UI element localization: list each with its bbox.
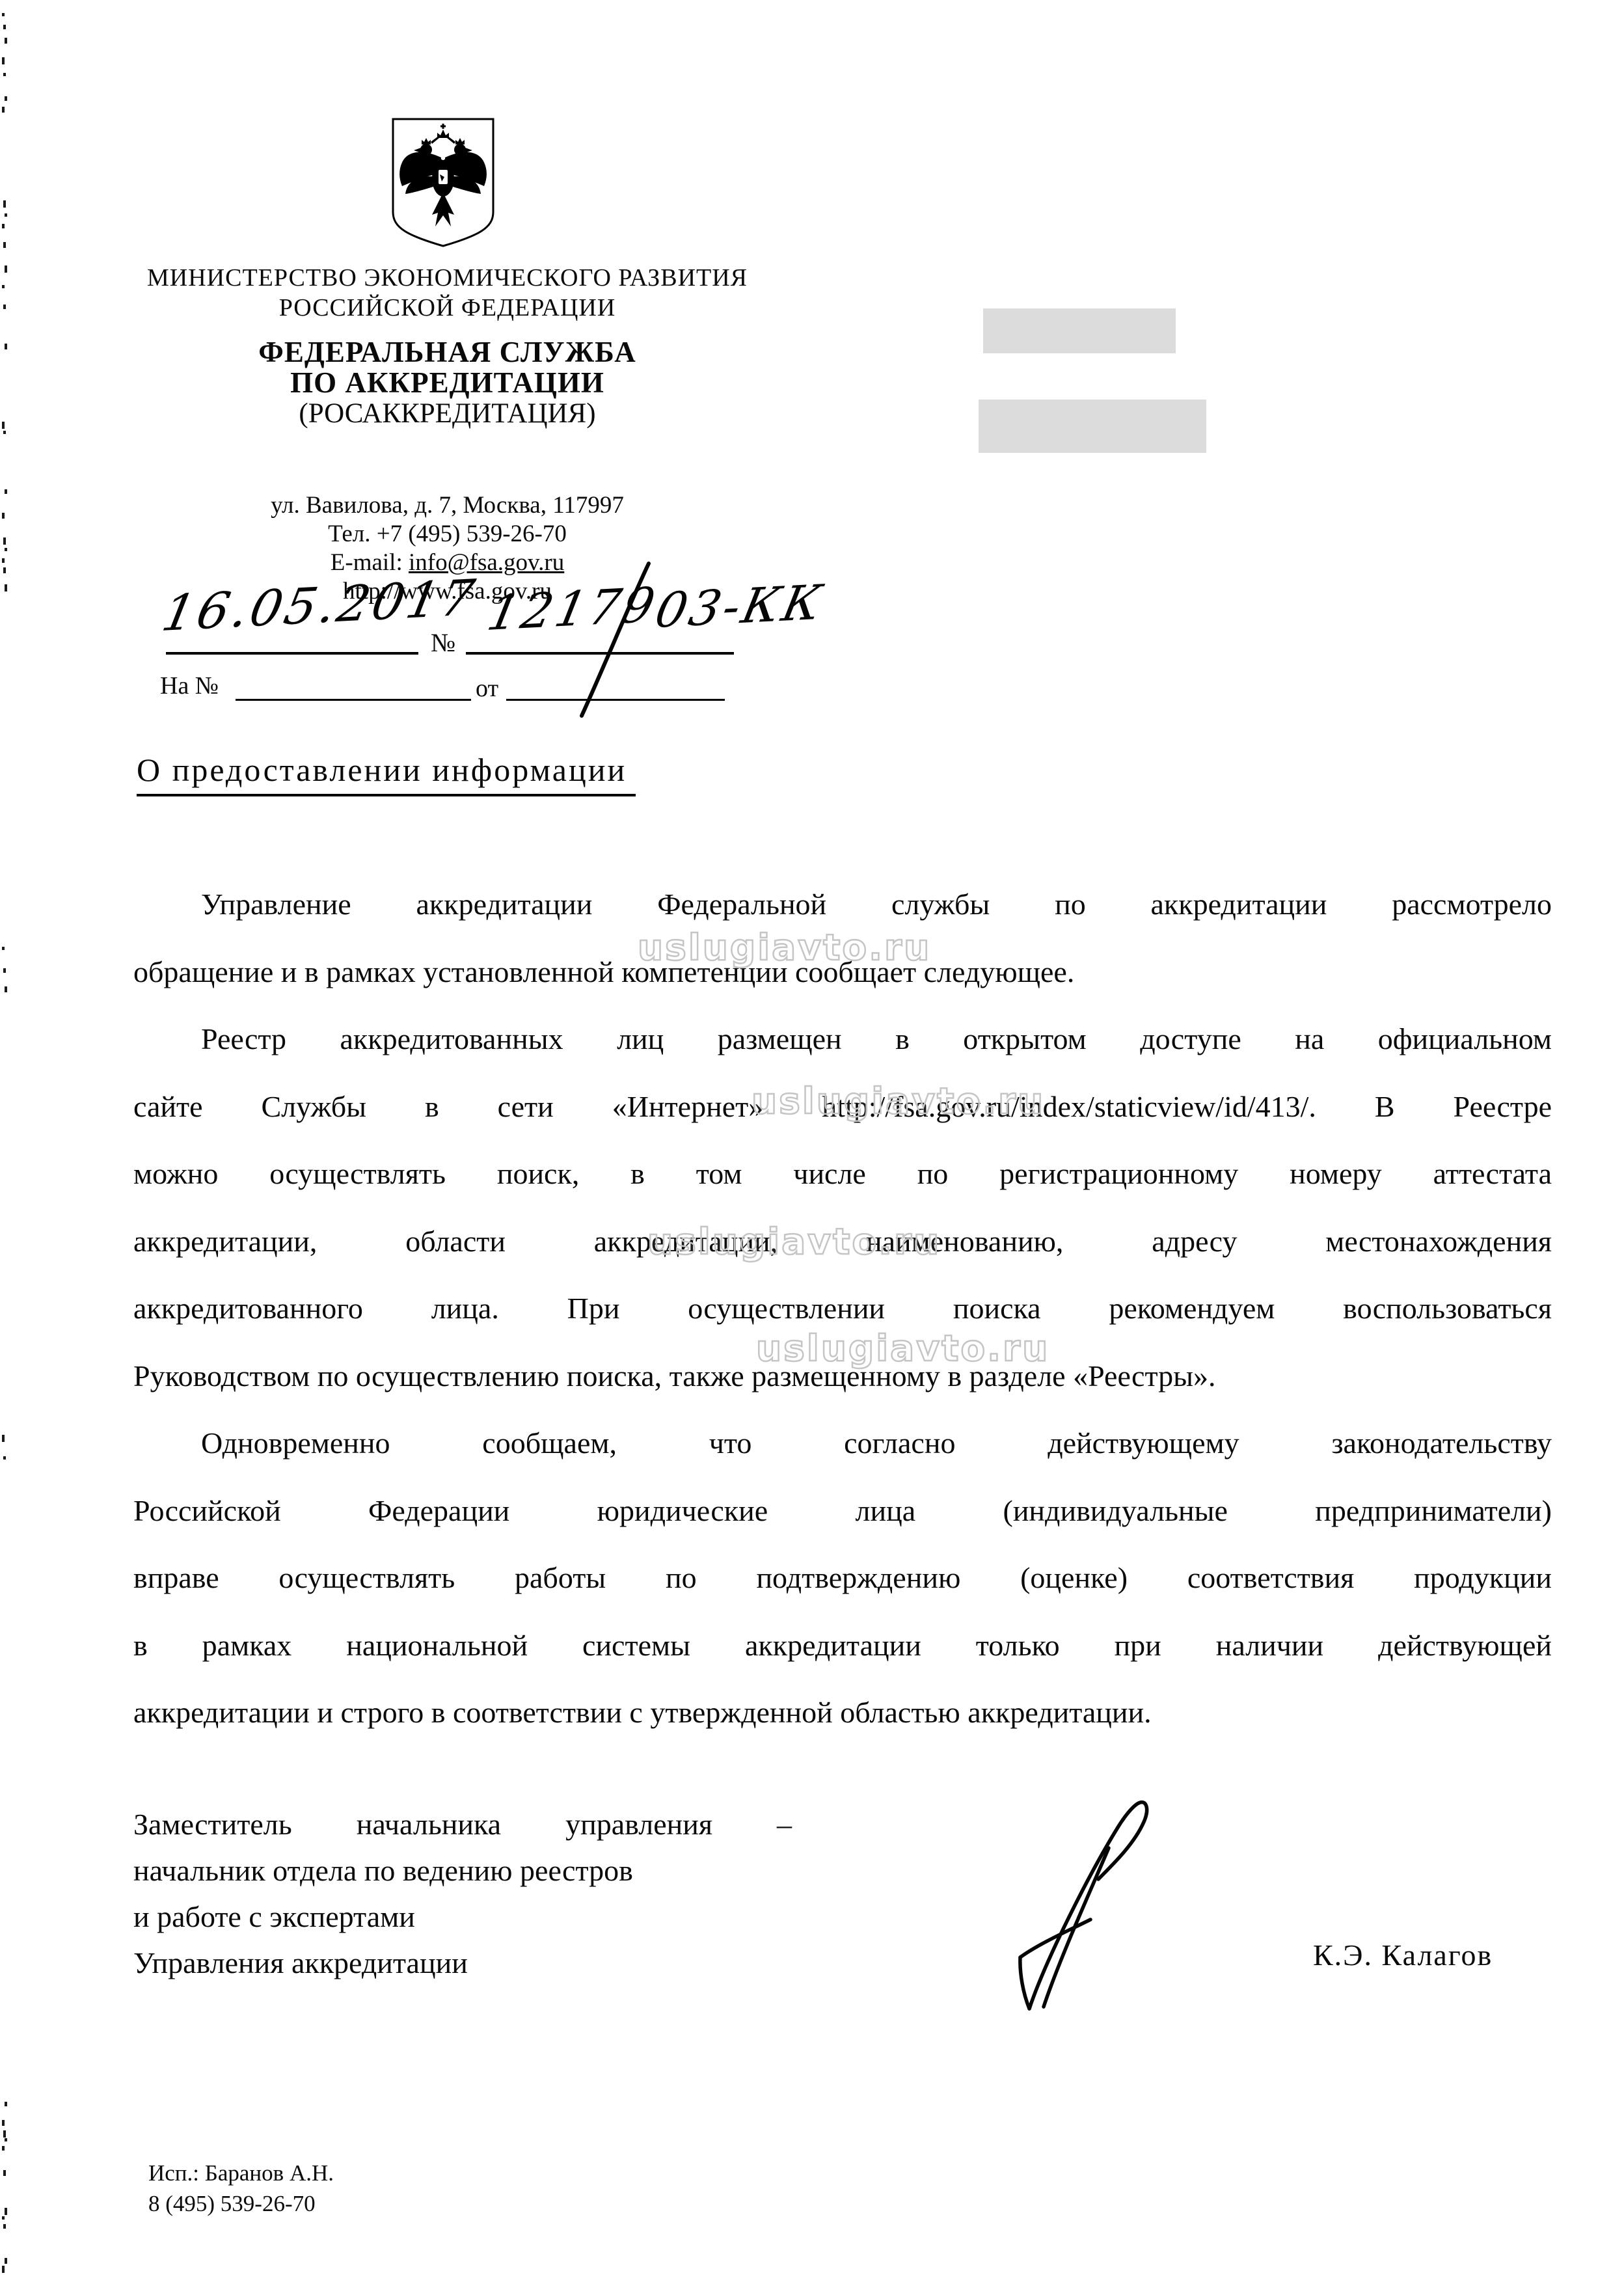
scan-artifact-mark	[5, 96, 7, 101]
scan-artifact-mark	[3, 2170, 6, 2176]
signer-position-line: начальник отдела по ведению реестров	[133, 1847, 792, 1894]
watermark-text: uslugiavto.ru	[638, 927, 931, 968]
signer-position-line: и работе с экспертами	[133, 1894, 792, 1940]
letterhead: МИНИСТЕРСТВО ЭКОНОМИЧЕСКОГО РАЗВИТИЯ РОС…	[130, 263, 765, 606]
letter-body: Управление аккредитации Федеральной служ…	[133, 871, 1552, 1746]
scan-artifact-mark	[3, 431, 6, 434]
date-blank-line	[166, 652, 418, 655]
body-line: можно осуществлять поиск, в том числе по…	[133, 1140, 1552, 1208]
email-label: E-mail:	[331, 549, 409, 576]
handwritten-signature	[1010, 1791, 1192, 2012]
watermark-text: uslugiavto.ru	[756, 1327, 1049, 1369]
scan-artifact-mark	[3, 1456, 6, 1460]
handwritten-number-part2: 03-КК	[651, 575, 829, 639]
signer-position-line: Заместитель начальника управления –	[133, 1801, 792, 1847]
scan-artifact-mark	[3, 200, 6, 208]
scan-artifact-mark	[2, 2266, 5, 2273]
scan-artifact-mark	[2, 1435, 5, 1442]
scan-artifact-mark	[2, 13, 5, 16]
scan-artifact-mark	[3, 2130, 6, 2138]
phone-number: Тел. +7 (495) 539-26-70	[130, 520, 765, 549]
scan-artifact-mark	[3, 537, 6, 545]
ministry-name-line2: РОССИЙСКОЙ ФЕДЕРАЦИИ	[130, 293, 765, 323]
watermark-text: uslugiavto.ru	[647, 1221, 941, 1262]
scan-artifact-mark	[5, 2102, 7, 2106]
scan-artifact-mark	[5, 986, 7, 992]
service-name-line2: ПО АККРЕДИТАЦИИ	[130, 368, 765, 398]
scan-artifact-mark	[2, 224, 5, 228]
scan-artifact-mark	[5, 265, 7, 273]
executor-block: Исп.: Баранов А.Н. 8 (495) 539-26-70	[148, 2158, 334, 2219]
scan-artifact-mark	[2, 285, 5, 288]
number-sign-label: №	[431, 627, 455, 658]
reply-ref-blank-line	[236, 699, 471, 701]
scan-artifact-mark	[3, 968, 6, 973]
scan-artifact-mark	[2, 422, 5, 429]
scan-artifact-mark	[5, 213, 7, 217]
service-name-line1: ФЕДЕРАЛЬНАЯ СЛУЖБА	[130, 337, 765, 368]
body-line: аккредитации и строго в соответствии с у…	[133, 1679, 1552, 1746]
scan-artifact-mark	[3, 2224, 6, 2229]
body-line: Российской Федерации юридические лица (и…	[133, 1477, 1552, 1545]
scan-artifact-mark	[5, 344, 7, 349]
scan-artifact-mark	[2, 107, 5, 113]
scan-artifact-mark	[3, 242, 6, 248]
scanned-letter-page: МИНИСТЕРСТВО ЭКОНОМИЧЕСКОГО РАЗВИТИЯ РОС…	[0, 0, 1624, 2282]
scan-artifact-mark	[5, 489, 7, 494]
body-line: вправе осуществлять работы по подтвержде…	[133, 1544, 1552, 1612]
scan-artifact-mark	[2, 2146, 5, 2151]
service-short-name: (РОСАККРЕДИТАЦИЯ)	[130, 398, 765, 429]
reply-ref-label: На №	[160, 672, 219, 700]
signer-name: К.Э. Калагов	[1313, 1938, 1493, 1972]
coat-of-arms-icon	[388, 116, 498, 250]
scan-artifact-mark	[2, 2120, 5, 2126]
scan-artifact-mark	[5, 2258, 7, 2264]
signer-position-line: Управления аккредитации	[133, 1940, 792, 1986]
body-line: в рамках национальной системы аккредитац…	[133, 1612, 1552, 1679]
scan-artifact-mark	[5, 584, 7, 591]
executor-phone: 8 (495) 539-26-70	[148, 2188, 334, 2219]
body-line: Одновременно сообщаем, что согласно дейс…	[133, 1409, 1552, 1477]
scan-artifact-mark	[2, 513, 5, 519]
scan-artifact-mark	[2, 558, 5, 563]
scan-artifact-mark	[3, 305, 6, 309]
redacted-addressee-box-2	[979, 400, 1206, 453]
signer-position-block: Заместитель начальника управления –начал…	[133, 1801, 792, 1986]
scan-artifact-mark	[5, 38, 7, 44]
subject-line: О предоставлении информации	[137, 751, 636, 796]
watermark-text: uslugiavto.ru	[751, 1080, 1045, 1122]
scan-artifact-mark	[3, 25, 6, 29]
reply-from-label: от	[476, 674, 498, 703]
postal-address: ул. Вавилова, д. 7, Москва, 117997	[130, 491, 765, 520]
scan-artifact-mark	[2, 2216, 5, 2220]
scan-artifact-mark	[2, 947, 5, 950]
scan-artifact-mark	[3, 567, 6, 573]
scan-artifact-mark	[5, 2138, 7, 2141]
body-line: Реестр аккредитованных лиц размещен в от…	[133, 1005, 1552, 1073]
ministry-name-line1: МИНИСТЕРСТВО ЭКОНОМИЧЕСКОГО РАЗВИТИЯ	[130, 263, 765, 293]
scan-artifact-mark	[5, 548, 7, 551]
scan-artifact-mark	[2, 57, 5, 64]
scan-artifact-mark	[5, 2208, 7, 2215]
handwritten-slash-stroke	[567, 558, 658, 721]
scan-artifact-mark	[3, 73, 6, 76]
executor-name: Исп.: Баранов А.Н.	[148, 2158, 334, 2188]
redacted-addressee-box-1	[983, 308, 1176, 353]
reply-from-blank-line	[506, 699, 725, 701]
